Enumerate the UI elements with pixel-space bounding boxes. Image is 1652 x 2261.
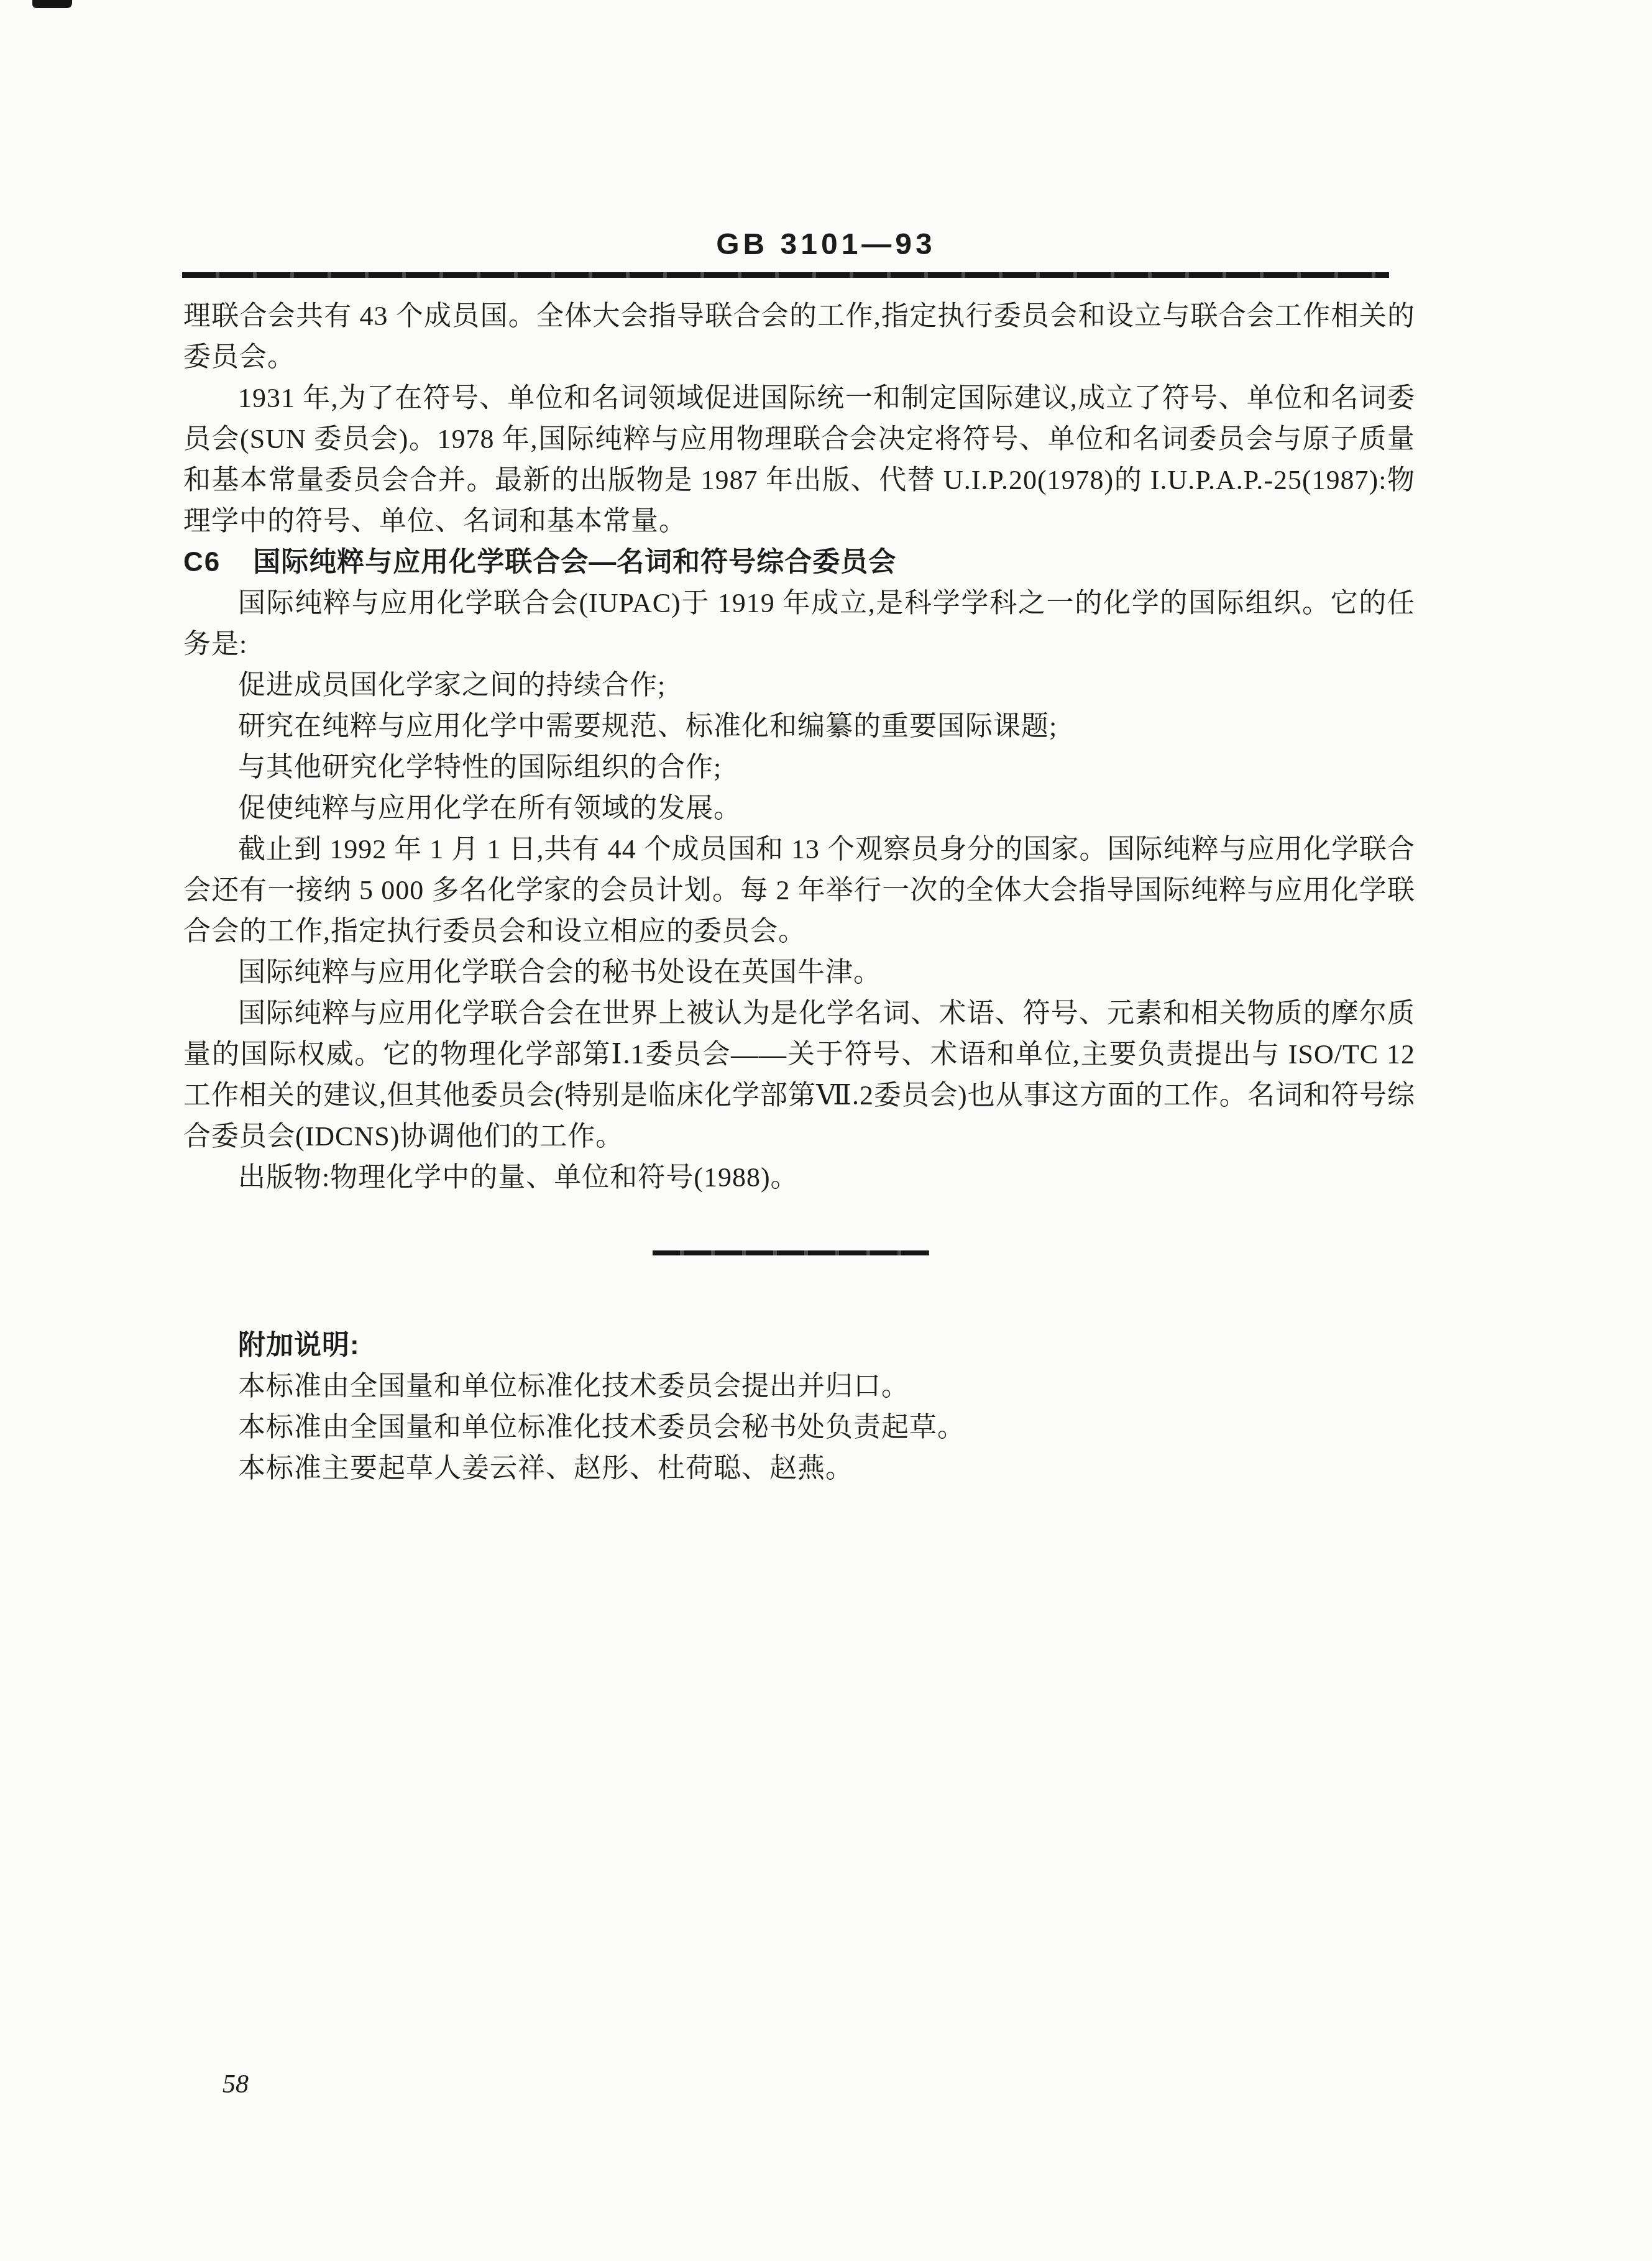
- page-body: 理联合会共有 43 个成员国。全体大会指导联合会的工作,指定执行委员会和设立与联…: [183, 296, 1415, 1489]
- paragraph: 国际纯粹与应用化学联合会在世界上被认为是化学名词、术语、符号、元素和相关物质的摩…: [183, 993, 1415, 1157]
- appendix-heading: 附加说明:: [183, 1325, 1415, 1366]
- page-number: 58: [223, 2070, 249, 2099]
- appendix-item: 本标准主要起草人姜云祥、赵彤、杜荷聪、赵燕。: [183, 1448, 1415, 1489]
- appendix-section: 附加说明: 本标准由全国量和单位标准化技术委员会提出并归口。 本标准由全国量和单…: [183, 1325, 1415, 1489]
- scan-artifact: [32, 0, 72, 8]
- header-rule: [182, 272, 1389, 278]
- paragraph: 国际纯粹与应用化学联合会的秘书处设在英国牛津。: [183, 952, 1415, 993]
- paragraph-publication: 出版物:物理化学中的量、单位和符号(1988)。: [183, 1157, 1415, 1198]
- paragraph-continuation: 理联合会共有 43 个成员国。全体大会指导联合会的工作,指定执行委员会和设立与联…: [183, 296, 1415, 378]
- standard-number: GB 3101—93: [0, 227, 1652, 262]
- list-item: 研究在纯粹与应用化学中需要规范、标准化和编纂的重要国际课题;: [183, 706, 1415, 747]
- section-title: 国际纯粹与应用化学联合会—名词和符号综合委员会: [253, 547, 896, 577]
- paragraph: 国际纯粹与应用化学联合会(IUPAC)于 1919 年成立,是科学学科之一的化学…: [183, 583, 1415, 665]
- appendix-item: 本标准由全国量和单位标准化技术委员会提出并归口。: [183, 1366, 1415, 1407]
- document-page: GB 3101—93 理联合会共有 43 个成员国。全体大会指导联合会的工作,指…: [0, 0, 1652, 2261]
- list-item: 与其他研究化学特性的国际组织的合作;: [183, 747, 1415, 788]
- list-item: 促进成员国化学家之间的持续合作;: [183, 665, 1415, 706]
- paragraph: 1931 年,为了在符号、单位和名词领域促进国际统一和制定国际建议,成立了符号、…: [183, 378, 1415, 542]
- list-item: 促使纯粹与应用化学在所有领域的发展。: [183, 788, 1415, 829]
- section-code: C6: [183, 542, 221, 583]
- paragraph: 截止到 1992 年 1 月 1 日,共有 44 个成员国和 13 个观察员身分…: [183, 829, 1415, 952]
- section-divider: [653, 1250, 929, 1255]
- section-heading: C6国际纯粹与应用化学联合会—名词和符号综合委员会: [183, 542, 1415, 583]
- appendix-item: 本标准由全国量和单位标准化技术委员会秘书处负责起草。: [183, 1407, 1415, 1448]
